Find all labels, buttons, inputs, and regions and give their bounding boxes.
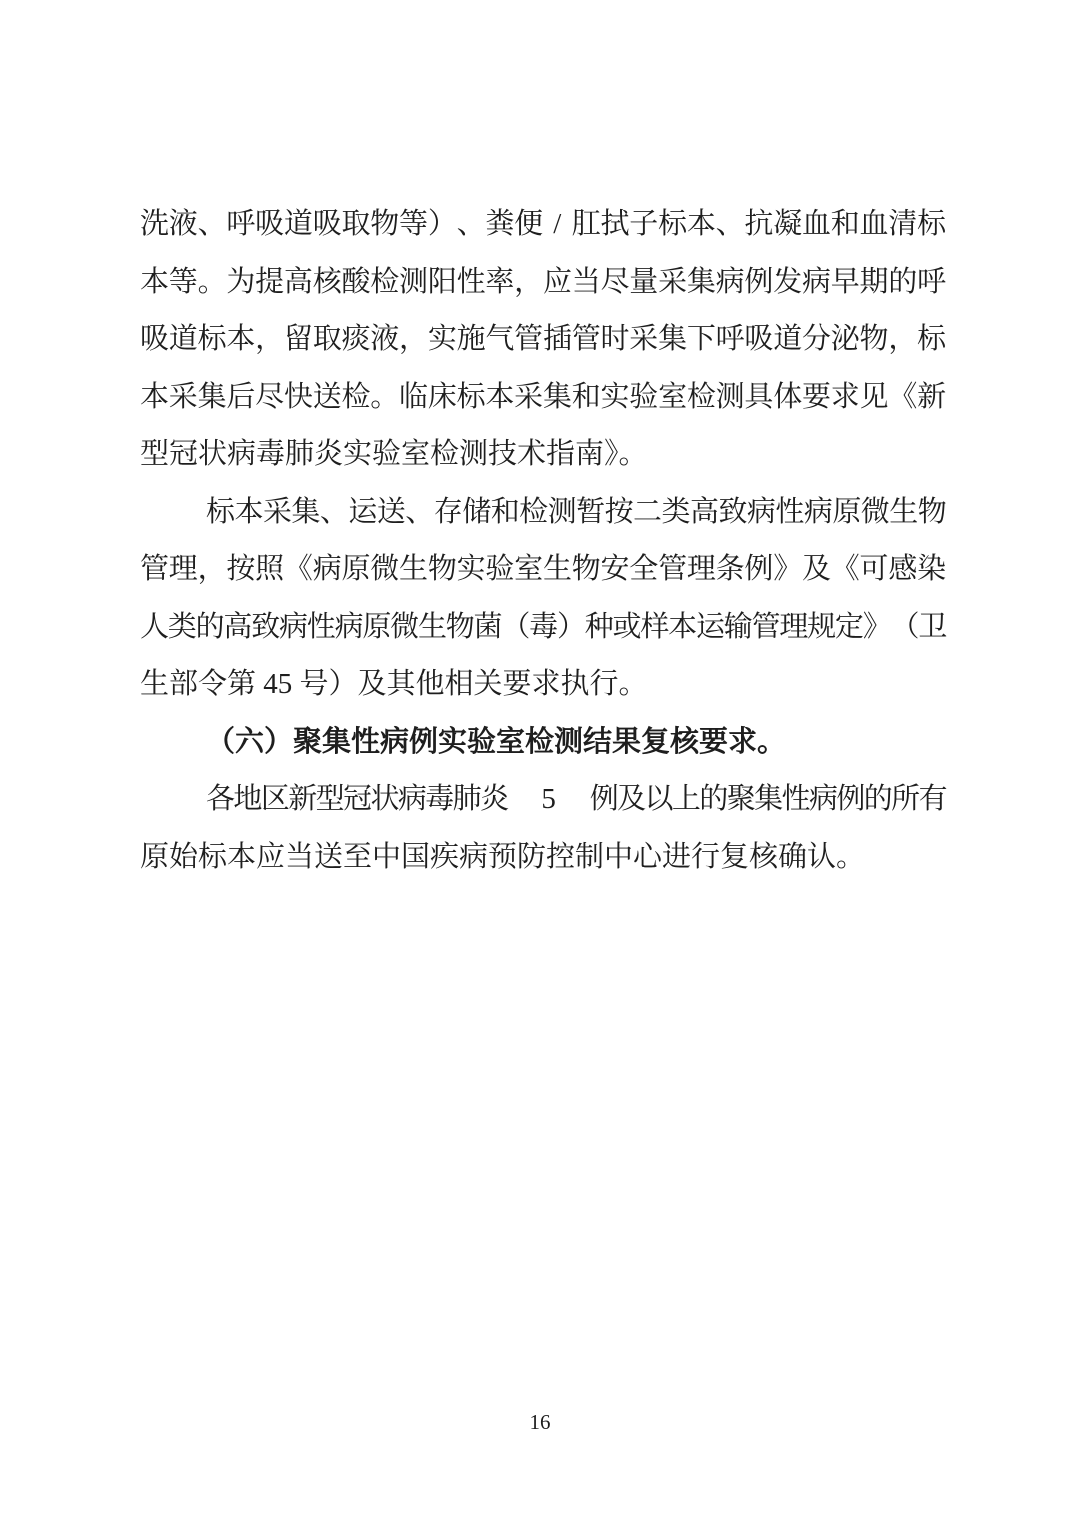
text-char: 各 [206, 771, 233, 829]
text-char: 实 [601, 369, 630, 427]
text-char: 提 [255, 254, 284, 312]
text-char: 病 [716, 254, 745, 312]
text-line: 生部令第 45 号）及其他相关要求执行。 [140, 656, 946, 714]
text-char: 型 [316, 771, 343, 829]
text-char: 管 [514, 311, 543, 369]
text-char: 5 [535, 771, 562, 829]
text-char: 血 [860, 196, 889, 254]
text-char: 管 [658, 541, 687, 599]
text-char: 管 [140, 541, 169, 599]
text-char: 物 [428, 541, 457, 599]
text-char: 病 [398, 771, 425, 829]
text-char: 例 [836, 771, 863, 829]
text-char: 的 [864, 771, 891, 829]
text-char: 标 [206, 484, 234, 542]
text-char: 肺 [453, 771, 480, 829]
text-char: 。 [370, 369, 399, 427]
text-char: 道 [773, 311, 802, 369]
text-char: ） [428, 196, 457, 254]
text-char: 核 [313, 254, 342, 312]
text-char: 送 [377, 484, 405, 542]
text-char: 标 [198, 311, 227, 369]
text-char: 尽 [255, 369, 284, 427]
text-char: ， [198, 541, 227, 599]
text-char: 管 [572, 311, 601, 369]
text-char: 上 [672, 771, 699, 829]
text-char: 吸 [313, 196, 342, 254]
text-char: 病 [809, 771, 836, 829]
text-char: 集 [754, 771, 781, 829]
text-char: 暂 [576, 484, 604, 542]
text-char: 本 [485, 369, 514, 427]
text-char: 痰 [341, 311, 370, 369]
text-char: 凝 [773, 196, 802, 254]
text-char: 具 [744, 369, 773, 427]
text-char: 生 [889, 484, 917, 542]
text-char: 、 [198, 196, 227, 254]
text-char: 储 [462, 484, 490, 542]
text-char: 集 [543, 369, 572, 427]
text-char: 感 [888, 541, 917, 599]
text-char: 实 [457, 541, 486, 599]
text-char: 血 [802, 196, 831, 254]
text-char [562, 771, 589, 829]
text-char: 吸 [744, 311, 773, 369]
text-char: 送 [313, 369, 342, 427]
text-char: 的 [888, 254, 917, 312]
text-char: 留 [284, 311, 313, 369]
text-char: 取 [341, 196, 370, 254]
text-char: 物 [918, 484, 946, 542]
text-char: 液 [169, 196, 198, 254]
text-char: 致 [718, 484, 746, 542]
text-char: 分 [802, 311, 831, 369]
text-char: 应 [543, 254, 572, 312]
text-char: 的 [196, 599, 224, 657]
text-char: 集 [198, 369, 227, 427]
text-char: 原 [832, 484, 860, 542]
text-line: 各地区新型冠状病毒肺炎 5 例及以上的聚集性病例的所有 [140, 771, 946, 829]
text-char: 室 [658, 369, 687, 427]
text-char: 物 [572, 541, 601, 599]
text-char: 。 [198, 254, 227, 312]
text-char: ， [888, 311, 917, 369]
text-char: 菌 [474, 599, 502, 657]
text-line: 管理，按照《病原微生物实验室生物安全管理条例》及《可感染 [140, 541, 946, 599]
text-char: 洗 [140, 196, 169, 254]
text-char: 本 [140, 369, 169, 427]
text-char: 、 [320, 484, 348, 542]
text-char: 时 [601, 311, 630, 369]
text-char: 高 [284, 254, 313, 312]
text-char: 物 [370, 196, 399, 254]
text-char: 便 [514, 196, 543, 254]
text-char: （ [501, 599, 529, 657]
text-char: 人 [140, 599, 168, 657]
text-char: 测 [548, 484, 576, 542]
text-char: 集 [687, 254, 716, 312]
text-char: 新 [288, 771, 315, 829]
text-char: ， [255, 311, 284, 369]
text-char: 后 [226, 369, 255, 427]
text-char: 染 [917, 541, 946, 599]
text-char: 安 [601, 541, 630, 599]
text-char: 、 [457, 196, 486, 254]
text-char: 检 [341, 369, 370, 427]
text-char: 物 [860, 311, 889, 369]
text-char: 照 [255, 541, 284, 599]
text-char: 等 [399, 196, 428, 254]
text-char: 采 [263, 484, 291, 542]
text-char: 阳 [428, 254, 457, 312]
text-char: 管 [752, 599, 780, 657]
text-char: 吸 [140, 311, 169, 369]
text-char: 泌 [831, 311, 860, 369]
text-char: 和 [831, 196, 860, 254]
page-footer: 16 [0, 1410, 1080, 1435]
text-char: 本 [226, 311, 255, 369]
text-char: 按 [605, 484, 633, 542]
text-char: 性 [457, 254, 486, 312]
text-char: 子 [629, 196, 658, 254]
text-char: 测 [716, 369, 745, 427]
text-char: 呼 [917, 254, 946, 312]
text-char: 集 [291, 484, 319, 542]
text-char: （ [891, 599, 919, 657]
text-char: 道 [284, 196, 313, 254]
text-char: 病 [279, 599, 307, 657]
text-char: 实 [428, 311, 457, 369]
text-char: 验 [485, 541, 514, 599]
text-char: 性 [775, 484, 803, 542]
text-char: 可 [860, 541, 889, 599]
text-char: 本 [140, 254, 169, 312]
text-line: 洗液、呼吸道吸取物等）、粪便/肛拭子标本、抗凝血和血清标 [140, 196, 946, 254]
text-char: 标 [917, 196, 946, 254]
text-char: 原 [362, 599, 390, 657]
text-char: 微 [370, 541, 399, 599]
text-char: 例 [590, 771, 617, 829]
text-char: 类 [168, 599, 196, 657]
text-line: 吸道标本，留取痰液，实施气管插管时采集下呼吸道分泌物，标 [140, 311, 946, 369]
text-char: 标 [658, 196, 687, 254]
text-char: 定 [835, 599, 863, 657]
text-char: 等 [169, 254, 198, 312]
text-char: 理 [687, 541, 716, 599]
text-char: 》 [773, 541, 802, 599]
text-char: 聚 [727, 771, 754, 829]
text-char: 病 [335, 599, 363, 657]
text-char: 清 [888, 196, 917, 254]
text-char: 病 [313, 541, 342, 599]
text-char: 下 [687, 311, 716, 369]
text-char: 量 [629, 254, 658, 312]
text-char: 呼 [226, 196, 255, 254]
text-char: 原 [341, 541, 370, 599]
text-char: 肛 [572, 196, 601, 254]
text-char: 按 [226, 541, 255, 599]
text-char: 炎 [480, 771, 507, 829]
text-line: 标本采集、运送、存储和检测暂按二类高致病性病原微生物 [140, 484, 946, 542]
text-char: 当 [572, 254, 601, 312]
page-number: 16 [530, 1410, 551, 1434]
text-char: 病 [747, 484, 775, 542]
text-char: 理 [169, 541, 198, 599]
text-char: 以 [645, 771, 672, 829]
text-char: 和 [491, 484, 519, 542]
text-char: ， [399, 311, 428, 369]
text-char: 微 [861, 484, 889, 542]
text-char: 粪 [485, 196, 514, 254]
text-char: 《 [284, 541, 313, 599]
text-char: 测 [399, 254, 428, 312]
document-body: 洗液、呼吸道吸取物等）、粪便/肛拭子标本、抗凝血和血清标本等。为提高核酸检测阳性… [140, 196, 946, 886]
text-char: 为 [226, 254, 255, 312]
text-char: 种 [585, 599, 613, 657]
text-char: 吸 [255, 196, 284, 254]
text-char: 采 [658, 254, 687, 312]
text-char: 、 [405, 484, 433, 542]
text-char: 检 [370, 254, 399, 312]
text-char: 理 [779, 599, 807, 657]
text-char: 或 [613, 599, 641, 657]
text-char: 卫 [918, 599, 946, 657]
text-line: 原始标本应当送至中国疾病预防控制中心进行复核确认。 [140, 829, 946, 887]
text-char: 例 [744, 541, 773, 599]
text-char: 物 [446, 599, 474, 657]
text-char: 微 [390, 599, 418, 657]
text-char: 毒 [529, 599, 557, 657]
text-char: 和 [572, 369, 601, 427]
text-char: 期 [860, 254, 889, 312]
text-char: 《 [831, 541, 860, 599]
text-char: 早 [831, 254, 860, 312]
text-line: 本采集后尽快送检。临床标本采集和实验室检测具体要求见《新 [140, 369, 946, 427]
text-char: 性 [307, 599, 335, 657]
text-char: 率 [485, 254, 514, 312]
text-char [507, 771, 534, 829]
text-char: 快 [284, 369, 313, 427]
text-char: 液 [370, 311, 399, 369]
text-char: ） [557, 599, 585, 657]
text-char: 尽 [601, 254, 630, 312]
text-char: / [543, 196, 572, 254]
text-char: 类 [662, 484, 690, 542]
text-char: 高 [690, 484, 718, 542]
text-char: 本 [687, 196, 716, 254]
text-char: 样 [640, 599, 668, 657]
text-char: 检 [519, 484, 547, 542]
text-char: 毒 [425, 771, 452, 829]
text-char: 发 [773, 254, 802, 312]
text-char: 呼 [716, 311, 745, 369]
text-char: 状 [370, 771, 397, 829]
text-char: 高 [223, 599, 251, 657]
text-char: 、 [716, 196, 745, 254]
text-char: 采 [514, 369, 543, 427]
text-char: 要 [802, 369, 831, 427]
text-char: 床 [428, 369, 457, 427]
text-char: 全 [629, 541, 658, 599]
text-line: 型冠状病毒肺炎实验室检测技术指南》。 [140, 426, 946, 484]
text-char: 采 [169, 369, 198, 427]
text-char: 有 [919, 771, 946, 829]
text-char: 采 [629, 311, 658, 369]
text-char: 标 [457, 369, 486, 427]
text-char: 生 [399, 541, 428, 599]
text-line: （六）聚集性病例实验室检测结果复核要求。 [140, 714, 946, 772]
text-char: 道 [169, 311, 198, 369]
text-char: 本 [234, 484, 262, 542]
text-char: 区 [261, 771, 288, 829]
text-char: 见 [860, 369, 889, 427]
text-char: 性 [782, 771, 809, 829]
text-char: 病 [802, 254, 831, 312]
text-char: 冠 [343, 771, 370, 829]
text-line: 人类的高致病性病原微生物菌（毒）种或样本运输管理规定》（卫 [140, 599, 946, 657]
text-char: 输 [724, 599, 752, 657]
text-char: 及 [802, 541, 831, 599]
text-char: 规 [807, 599, 835, 657]
text-char: 施 [457, 311, 486, 369]
text-char: 验 [629, 369, 658, 427]
text-char: 例 [744, 254, 773, 312]
text-char: 所 [891, 771, 918, 829]
text-char: ， [514, 254, 543, 312]
text-char: 及 [617, 771, 644, 829]
text-char: 抗 [744, 196, 773, 254]
text-char: 检 [687, 369, 716, 427]
text-char: 体 [773, 369, 802, 427]
text-char: 气 [485, 311, 514, 369]
text-char: 二 [633, 484, 661, 542]
text-char: 》 [863, 599, 891, 657]
text-line: 本等。为提高核酸检测阳性率，应当尽量采集病例发病早期的呼 [140, 254, 946, 312]
text-char: 取 [313, 311, 342, 369]
text-char: 生 [543, 541, 572, 599]
text-char: 地 [233, 771, 260, 829]
text-char: 本 [668, 599, 696, 657]
text-char: 临 [399, 369, 428, 427]
text-char: 室 [514, 541, 543, 599]
text-char: 拭 [601, 196, 630, 254]
text-char: 新 [917, 369, 946, 427]
text-char: 致 [251, 599, 279, 657]
text-char: 存 [434, 484, 462, 542]
text-char: 集 [658, 311, 687, 369]
text-char: 条 [716, 541, 745, 599]
text-char: 插 [543, 311, 572, 369]
text-char: 求 [831, 369, 860, 427]
text-char: 运 [696, 599, 724, 657]
text-char: 病 [804, 484, 832, 542]
text-char: 标 [917, 311, 946, 369]
text-char: 的 [699, 771, 726, 829]
text-char: 生 [418, 599, 446, 657]
text-char: 《 [888, 369, 917, 427]
text-char: 运 [348, 484, 376, 542]
text-char: 酸 [341, 254, 370, 312]
